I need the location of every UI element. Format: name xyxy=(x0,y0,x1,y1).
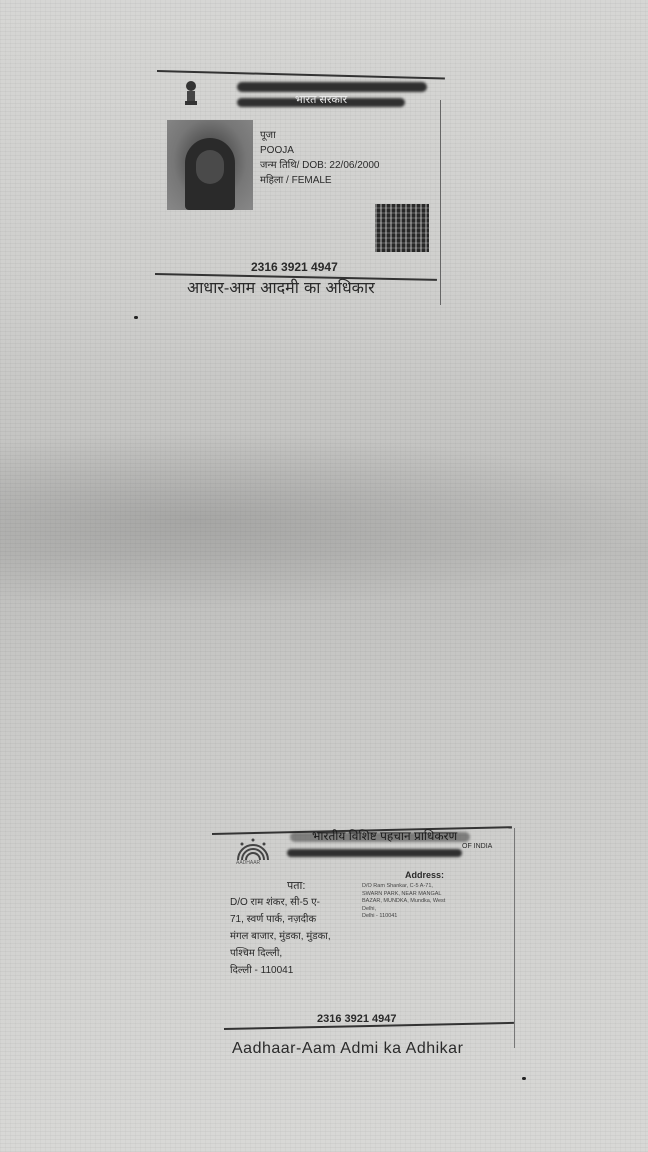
slogan-hindi: आधार-आम आदमी का अधिकार xyxy=(187,276,375,298)
authority-hindi: भारतीय विशिष्ट पहचान प्राधिकरण xyxy=(312,827,457,844)
address-label-hindi: पता: xyxy=(287,878,305,893)
address-label-english: Address: xyxy=(405,870,444,880)
authority-english: OF INDIA xyxy=(462,843,492,850)
holder-info: पूजा POOJA जन्म तिथि/ DOB: 22/06/2000 मह… xyxy=(260,128,379,188)
speck xyxy=(522,1077,526,1080)
name-english: POOJA xyxy=(260,143,379,158)
logo-label: AADHAAR xyxy=(236,860,260,866)
qr-code xyxy=(375,204,429,252)
aadhaar-number: 2316 3921 4947 xyxy=(317,1013,397,1025)
address-english: D/O Ram Shankar, C-5 A-71,SWARN PARK, NE… xyxy=(362,883,502,921)
redaction xyxy=(287,849,462,857)
card-edge xyxy=(440,100,441,305)
aadhaar-card-front: भारत सरकार पूजा POOJA जन्म तिथि/ DOB: 22… xyxy=(155,70,445,310)
national-emblem-icon xyxy=(183,80,199,108)
dob: जन्म तिथि/ DOB: 22/06/2000 xyxy=(260,158,379,173)
government-label: भारत सरकार xyxy=(295,92,347,107)
speck xyxy=(134,316,138,319)
name-hindi: पूजा xyxy=(260,128,379,143)
photo xyxy=(167,120,253,210)
gender: महिला / FEMALE xyxy=(260,173,379,188)
aadhaar-card-back: AADHAAR भारतीय विशिष्ट पहचान प्राधिकरण O… xyxy=(212,818,517,1068)
redaction xyxy=(237,82,427,92)
divider xyxy=(157,70,445,80)
card-edge xyxy=(514,828,515,1048)
aadhaar-number: 2316 3921 4947 xyxy=(251,260,338,274)
address-hindi: D/O राम शंकर, सी-5 ए-71, स्वर्ण पार्क, न… xyxy=(230,894,370,979)
slogan-english: Aadhaar-Aam Admi ka Adhikar xyxy=(232,1040,463,1058)
shadow xyxy=(0,430,648,610)
